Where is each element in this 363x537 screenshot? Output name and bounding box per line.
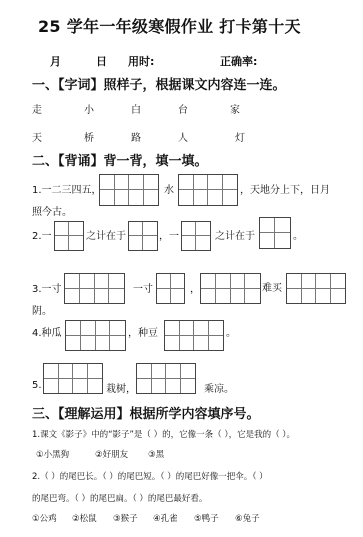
word: 小 bbox=[84, 101, 94, 116]
option: ②松鼠 bbox=[72, 512, 97, 524]
q1-suffix: ，天地分上下，日月 bbox=[240, 181, 330, 196]
q4-mid: ，种豆 bbox=[128, 324, 158, 339]
s3-q2-line2: 的尾巴弯。（ ）的尾巴扁。（ ）的尾巴最好看。 bbox=[32, 492, 207, 504]
time-label: 用时: bbox=[128, 53, 154, 69]
q3-mid2: ， bbox=[190, 280, 200, 295]
option: ⑤鸭子 bbox=[194, 512, 219, 524]
month-label: 月 bbox=[50, 53, 61, 69]
q1-prefix: 1.一二三四五， bbox=[32, 181, 102, 196]
q2-mid1: 之计在于 bbox=[86, 227, 126, 242]
option: ④孔雀 bbox=[153, 512, 178, 524]
q2-mid3: 之计在于 bbox=[215, 227, 255, 242]
section3-heading: 三、【理解运用】根据所学内容填序号。 bbox=[32, 403, 260, 422]
day-label: 日 bbox=[96, 53, 107, 69]
answer-grid-4[interactable] bbox=[164, 320, 224, 351]
option: ⑥兔子 bbox=[235, 512, 260, 524]
q2-suffix: 。 bbox=[293, 227, 303, 242]
q3-prefix: 3.一寸 bbox=[32, 280, 62, 295]
q3-line2: 阴。 bbox=[32, 302, 52, 317]
q4-prefix: 4.种瓜 bbox=[32, 324, 62, 339]
option: ①小黑狗 bbox=[36, 448, 69, 460]
q5-prefix: 5. bbox=[32, 380, 42, 391]
accuracy-label: 正确率: bbox=[220, 53, 257, 69]
answer-grid-4[interactable] bbox=[136, 363, 196, 394]
answer-grid-2[interactable] bbox=[128, 221, 158, 251]
answer-grid-4[interactable] bbox=[65, 320, 126, 351]
q3-mid3: 难买 bbox=[262, 279, 282, 294]
answer-grid-2[interactable] bbox=[54, 221, 84, 251]
option: ③猴子 bbox=[113, 512, 138, 524]
word: 走 bbox=[32, 101, 42, 116]
answer-grid-2[interactable] bbox=[259, 217, 291, 249]
q1-line2: 照今古。 bbox=[32, 203, 72, 218]
q2-prefix: 2.一 bbox=[32, 227, 52, 242]
section2-heading: 二、【背诵】背一背，填一填。 bbox=[32, 150, 208, 169]
q4-suffix: 。 bbox=[226, 324, 236, 339]
answer-grid-4[interactable] bbox=[178, 174, 238, 206]
answer-grid-2[interactable] bbox=[156, 273, 185, 304]
answer-grid-2[interactable] bbox=[181, 221, 211, 251]
option: ①公鸡 bbox=[32, 512, 57, 524]
answer-grid-4[interactable] bbox=[64, 273, 125, 304]
word: 灯 bbox=[235, 129, 245, 144]
word: 家 bbox=[230, 101, 240, 116]
word: 白 bbox=[131, 101, 141, 116]
answer-grid-4[interactable] bbox=[43, 363, 103, 394]
answer-grid-4[interactable] bbox=[286, 273, 346, 304]
q5-suffix: 乘凉。 bbox=[204, 380, 234, 395]
option: ③黑 bbox=[148, 448, 164, 460]
q3-mid1: 一寸 bbox=[133, 280, 153, 295]
word: 台 bbox=[178, 101, 188, 116]
answer-grid-4[interactable] bbox=[99, 174, 159, 206]
word: 天 bbox=[32, 129, 42, 144]
q1-mid: 水 bbox=[164, 181, 174, 196]
section1-heading: 一、【字词】照样子，根据课文内容连一连。 bbox=[32, 74, 286, 93]
s3-q1-text: 1.课文《影子》中的“影子”是（ ）的，它像一条（ ），它是我的（ ）。 bbox=[32, 428, 295, 440]
word: 人 bbox=[178, 129, 188, 144]
word: 路 bbox=[131, 129, 141, 144]
q5-mid: 栽树， bbox=[106, 380, 136, 395]
s3-q2-line1: 2.（ ）的尾巴长。（ ）的尾巴短。（ ）的尾巴好像一把伞。（ ） bbox=[32, 470, 268, 482]
answer-grid-4[interactable] bbox=[200, 273, 261, 304]
word: 桥 bbox=[84, 129, 94, 144]
worksheet-title: 25 学年一年级寒假作业 打卡第十天 bbox=[38, 14, 301, 37]
option: ②好朋友 bbox=[95, 448, 128, 460]
q2-mid2: ，一 bbox=[159, 227, 179, 242]
